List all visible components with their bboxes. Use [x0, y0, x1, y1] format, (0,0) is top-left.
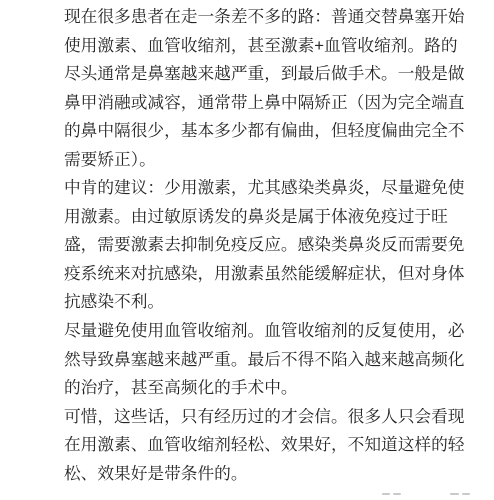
paragraph: 现在很多患者在走一条差不多的路：普通交替鼻塞开始使用激素、血管收缩剂，甚至激素+…: [64, 3, 468, 174]
text-line: 现在很多患者在走一条差不多的路：普通交替鼻塞开始: [64, 3, 468, 32]
article-text: 现在很多患者在走一条差不多的路：普通交替鼻塞开始使用激素、血管收缩剂，甚至激素+…: [64, 3, 468, 488]
text-line: 疫系统来对抗感染，用激素虽然能缓解症状，但对身体: [64, 260, 468, 289]
text-line: 松、效果好是带条件的。: [64, 460, 468, 489]
text-line: 然导致鼻塞越来越严重。最后不得不陷入越来越高频化: [64, 346, 468, 375]
page: 现在很多患者在走一条差不多的路：普通交替鼻塞开始使用激素、血管收缩剂，甚至激素+…: [0, 0, 494, 500]
text-line: 抗感染不利。: [64, 288, 468, 317]
text-line: 中肯的建议：少用激素，尤其感染类鼻炎，尽量避免使: [64, 174, 468, 203]
bottom-cutoff-fragment: [382, 493, 390, 495]
paragraph: 尽量避免使用血管收缩剂。血管收缩剂的反复使用，必然导致鼻塞越来越严重。最后不得不…: [64, 317, 468, 403]
text-line: 的鼻中隔很少，基本多少都有偏曲，但轻度偏曲完全不: [64, 117, 468, 146]
text-line: 用激素。由过敏原诱发的鼻炎是属于体液免疫过于旺: [64, 203, 468, 232]
text-line: 尽头通常是鼻塞越来越严重，到最后做手术。一般是做: [64, 60, 468, 89]
text-line: 在用激素、血管收缩剂轻松、效果好，不知道这样的轻: [64, 431, 468, 460]
text-line: 可惜，这些话，只有经历过的才会信。很多人只会看现: [64, 403, 468, 432]
bottom-cutoff-fragment: [462, 493, 470, 495]
text-line: 需要矫正）。: [64, 146, 468, 175]
text-line: 尽量避免使用血管收缩剂。血管收缩剂的反复使用，必: [64, 317, 468, 346]
bottom-cutoff-fragment: [450, 493, 459, 495]
text-line: 使用激素、血管收缩剂，甚至激素+血管收缩剂。路的: [64, 32, 468, 61]
text-line: 鼻甲消融或减容，通常带上鼻中隔矫正（因为完全端直: [64, 89, 468, 118]
text-line: 的治疗，甚至高频化的手术中。: [64, 374, 468, 403]
paragraph: 中肯的建议：少用激素，尤其感染类鼻炎，尽量避免使用激素。由过敏原诱发的鼻炎是属于…: [64, 174, 468, 317]
text-line: 盛，需要激素去抑制免疫反应。感染类鼻炎反而需要免: [64, 231, 468, 260]
paragraph: 可惜，这些话，只有经历过的才会信。很多人只会看现在用激素、血管收缩剂轻松、效果好…: [64, 403, 468, 489]
bottom-cutoff-fragment: [393, 493, 401, 495]
